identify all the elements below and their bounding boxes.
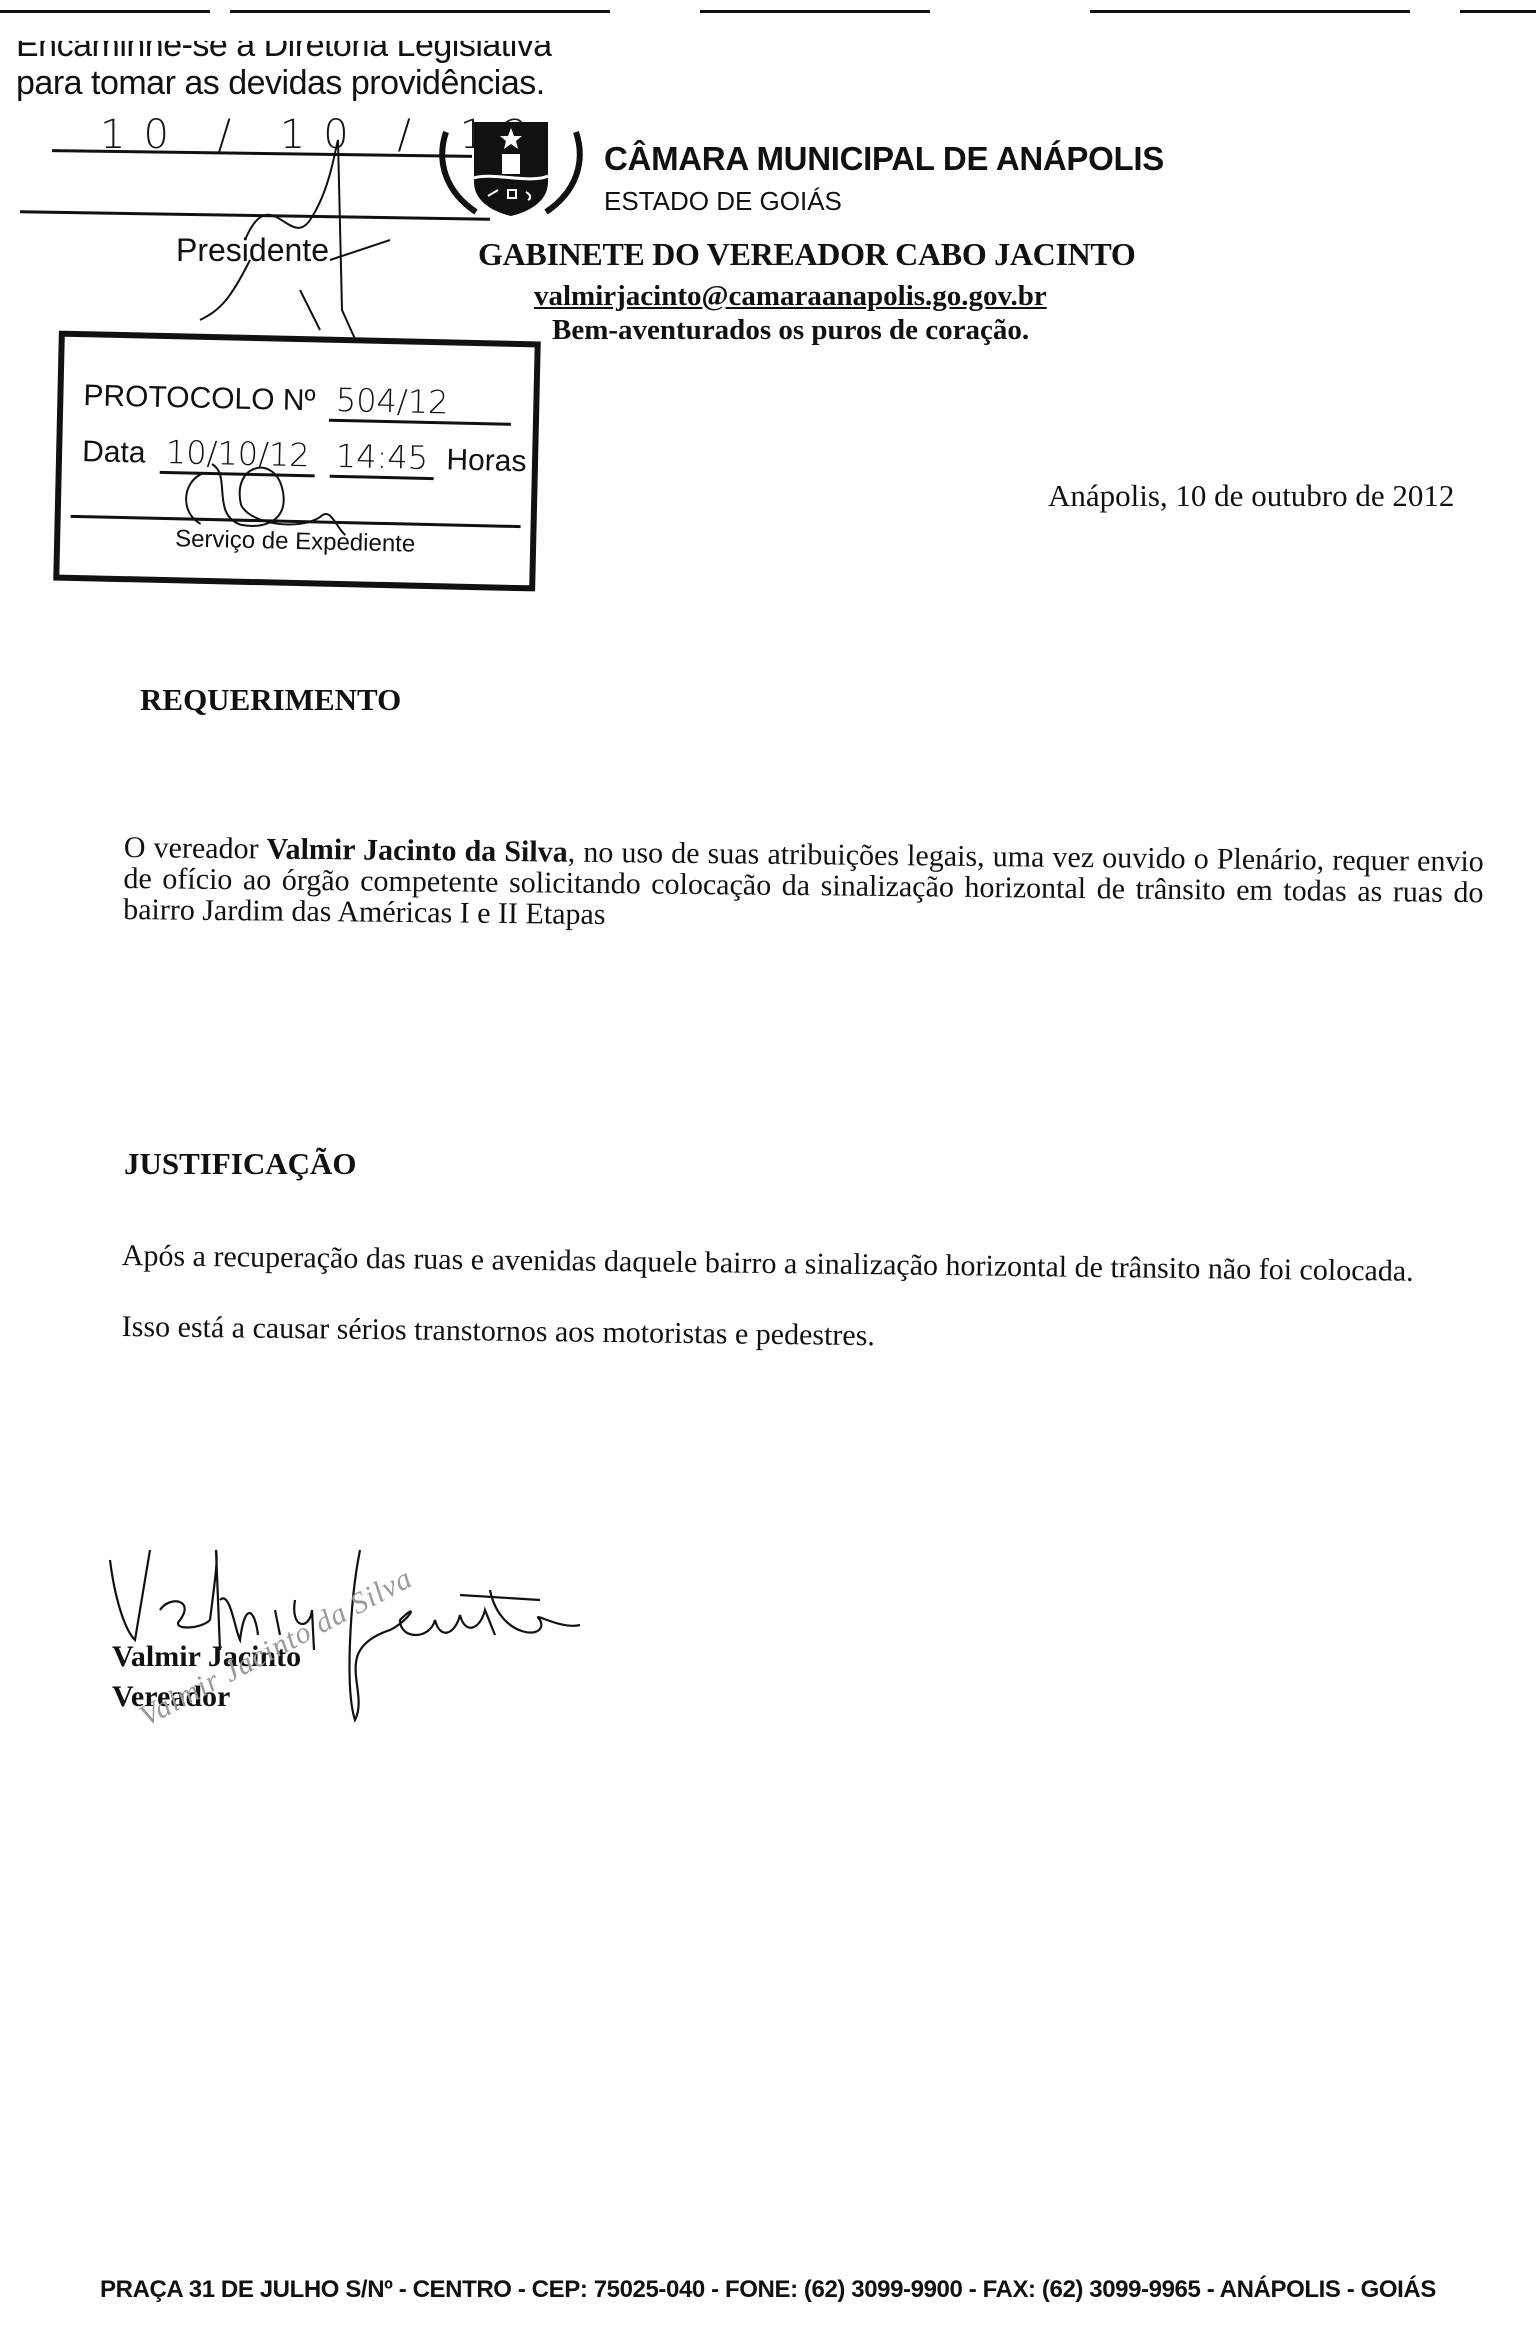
protocol-label: PROTOCOLO Nº (83, 379, 316, 417)
protocol-row: PROTOCOLO Nº 504/12 (83, 375, 512, 426)
date-label: Data (82, 435, 146, 469)
request-body: O vereador Valmir Jacinto da Silva, no u… (123, 832, 1484, 939)
email-link[interactable]: valmirjacinto@camaraanapolis.go.gov.br (534, 280, 1047, 313)
justification-paragraph-1: Após a recuperação das ruas e avenidas d… (122, 1240, 1482, 1288)
justification-paragraph-2: Isso está a causar sérios transtornos ao… (122, 1310, 875, 1353)
state-name: ESTADO DE GOIÁS (604, 186, 842, 217)
motto: Bem-aventurados os puros de coração. (552, 314, 1029, 347)
request-prefix: O vereador (124, 831, 267, 865)
scan-border (0, 10, 1536, 16)
request-heading: REQUERIMENTO (140, 682, 401, 718)
service-label: Serviço de Expediente (60, 523, 531, 562)
justification-heading: JUSTIFICAÇÃO (124, 1146, 357, 1182)
dispatch-note-line-2: para tomar as devidas providências. (16, 64, 545, 103)
institution-name: CÂMARA MUNICIPAL DE ANÁPOLIS (604, 140, 1164, 178)
president-signature (160, 110, 420, 340)
dispatch-note-line-1: Encaminhe-se à Diretoria Legislativa (16, 26, 552, 65)
footer-address: PRAÇA 31 DE JULHO S/Nº - CENTRO - CEP: 7… (0, 2276, 1536, 2304)
protocol-number: 504/12 (329, 381, 512, 426)
protocol-stamp: PROTOCOLO Nº 504/12 Data 10/10/12 14:45 … (53, 331, 541, 592)
place-date: Anápolis, 10 de outubro de 2012 (1048, 478, 1454, 514)
municipal-crest-icon (436, 112, 586, 220)
office-name: GABINETE DO VEREADOR CABO JACINTO (478, 236, 1135, 273)
time-unit: Horas (446, 443, 527, 478)
